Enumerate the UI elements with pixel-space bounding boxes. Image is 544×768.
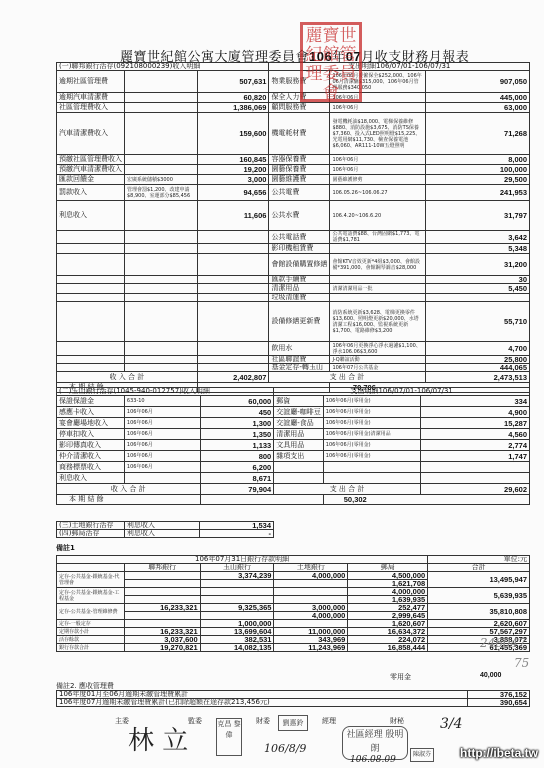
empty-cell — [57, 356, 125, 364]
bank-cell — [200, 580, 274, 588]
empty-cell — [125, 244, 198, 254]
income-item-label: 仲介清潔收入 — [57, 451, 125, 462]
table-row: 匯款回饋金宏廣系統儲積$30003,000園藝維護費園藝維護修剪29,500 — [57, 175, 530, 185]
expense-item-label — [274, 462, 324, 473]
expense-item-note: 106年06月(零用金) — [323, 418, 420, 429]
income-item-note: 106年06月 — [124, 451, 200, 462]
expense-item-amount: 907,050 — [425, 71, 530, 93]
income-item-amount: 507,631 — [197, 71, 269, 93]
income-item-note — [124, 473, 200, 484]
bank-cell: 2,620,607 — [428, 620, 530, 628]
income-item-amount: 8,671 — [200, 473, 274, 484]
bank-deposit-table: 106年07月31日銀行存款明細單位:元聯邦銀行玉山銀行土地銀行郵局合計定存-公… — [56, 555, 530, 652]
expense-item-amount: 8,000 — [425, 155, 530, 165]
expense-item-label: 機電耗材費 — [269, 113, 330, 155]
table-row: 逾期社區管理費507,631物業服務費106年06月委僱保全$252,000、1… — [57, 71, 530, 93]
income-item-note: 106年06月 — [124, 418, 200, 429]
empty-cell — [125, 276, 198, 284]
empty-cell — [197, 276, 269, 284]
empty-cell — [57, 244, 125, 254]
income-item-label: 預繳社區管理費收入 — [57, 155, 125, 165]
expense-item-label: 交誼廳-食品 — [274, 418, 324, 429]
bank-cell: 1,000,000 — [200, 620, 274, 628]
empty-cell — [197, 302, 269, 342]
table-row: 感應卡收入106年06月450交誼廳-咖啡豆106年06月(零用金)4,900 — [57, 407, 530, 418]
expense-header: 支出明細106/07/01-106/07/31 — [274, 388, 530, 396]
table-row: (四)郵局活存利息收入- — [57, 530, 274, 538]
row-label: 定存-公共基金-管理維修費 — [57, 604, 125, 620]
bank-cell: 343,969 — [274, 636, 348, 644]
empty-cell — [197, 342, 269, 356]
bank-cell: 11,243,969 — [274, 644, 348, 652]
bank-cell: 16,233,321 — [124, 604, 200, 612]
empty-cell — [57, 342, 125, 356]
expense-item-amount: 71,268 — [425, 113, 530, 155]
row-label: 銀行存款合計 — [57, 644, 125, 652]
row-label: 定存-公共基金-銀統基金-代管理會 — [57, 572, 125, 588]
red-official-stamp: 麗寶世紀館管理委員會 — [300, 22, 362, 102]
empty-cell — [57, 254, 125, 276]
bank-cell: 382,531 — [200, 636, 274, 644]
income-item-amount: 450 — [200, 407, 274, 418]
signing-date: 106/8/9 — [264, 742, 306, 755]
account-label: (四)郵局活存 — [57, 530, 125, 538]
income-item-note — [125, 155, 198, 165]
row-label: 定期存款小計 — [57, 628, 125, 636]
bank-cell: 4,000,000 — [348, 588, 428, 596]
empty-cell — [57, 302, 125, 342]
empty-cell — [197, 231, 269, 244]
table-row: 影印傳真收入106年06月1,133文具用品106年06月(零用金)2,774 — [57, 440, 530, 451]
bank-cell: 4,000,000 — [274, 612, 348, 620]
bank-cell: 11,000,000 — [274, 628, 348, 636]
income-item-label: 保證保證金 — [57, 396, 125, 407]
income-item-label: 利息收入 — [57, 201, 125, 231]
income-item-label: 逾期汽車清潔費 — [57, 93, 125, 103]
bank-cell: 1,639,935 — [348, 596, 428, 604]
table-row: 商務標票收入106年06月6,200 — [57, 462, 530, 473]
receivable-amount: 390,654 — [468, 699, 530, 707]
table-row: 活存餘款3,037,600382,531343,969224,0723,888,… — [57, 636, 530, 644]
bank-cell: 3,000,000 — [274, 604, 348, 612]
income-item-label: 感應卡收入 — [57, 407, 125, 418]
income-item-note — [125, 201, 198, 231]
bank-cell — [200, 588, 274, 596]
expense-item-amount: 100,000 — [425, 165, 530, 175]
table-row: 設備修繕更新費消防系統更新$3,628、電梯更換零件$13,600、照明燈更新$… — [57, 302, 530, 342]
income-item-note — [125, 113, 198, 155]
bank-cell: 13,495,947 — [428, 572, 530, 588]
expense-item-amount: 29,500 — [425, 175, 530, 185]
bank-cell: 16,858,444 — [348, 644, 428, 652]
income-item-amount: 1,133 — [200, 440, 274, 451]
balance-amount: 50,302 — [323, 495, 529, 505]
expense-item-note: 106年06月 — [330, 165, 425, 175]
column-header: 聯邦銀行 — [124, 564, 200, 572]
income-item-note — [125, 93, 198, 103]
table-row: 定存-公共基金-銀統基金-代管理會3,374,2394,000,0004,500… — [57, 572, 530, 580]
expense-item-amount: 5,348 — [425, 244, 530, 254]
accountant-signature: 3/4 — [440, 716, 463, 732]
bank-cell: 16,634,372 — [348, 628, 428, 636]
expense-total: 2,473,513 — [425, 372, 530, 383]
expense-item-amount: 1,747 — [420, 451, 529, 462]
table-row: 保證保證金633-1060,000郵資106年06月(零用金)334 — [57, 396, 530, 407]
income-item-note: 管理會罰$1,200、改建申請$8,900、室運部分$85,456 — [125, 185, 198, 201]
expense-item-amount: 31,200 — [425, 254, 530, 276]
section3-table: (三)土地銀行活存利息收入1,534(四)郵局活存利息收入- — [56, 521, 274, 538]
bank-cell — [124, 572, 200, 580]
bank-cell — [124, 596, 200, 604]
table-row: (三)土地銀行活存利息收入1,534 — [57, 522, 274, 530]
table-row: 定存-一般定存1,000,0001,620,6072,620,607 — [57, 620, 530, 628]
table-row: 飲用水106年06月更換淨心淨水過濾$1,100、淨水106.06$3,6004… — [57, 342, 530, 356]
bank-cell: 3,374,239 — [200, 572, 274, 580]
table-row: 銀行存款合計19,270,82114,082,13511,243,96916,8… — [57, 644, 530, 652]
expense-item-note: 清潔清潔用品一批 — [330, 284, 425, 294]
income-header: (一)聯邦銀行活存(092108000239)收入明細 — [57, 63, 269, 71]
bank-cell: 9,325,365 — [200, 604, 274, 612]
empty-cell — [125, 364, 198, 372]
table-row: 社區管理費收入1,386,069顧問服務費106年06月63,000 — [57, 103, 530, 113]
expense-item-note: 106年06月(零用金) — [323, 396, 420, 407]
expense-item-label: 雜項支出 — [274, 451, 324, 462]
bank-cell: 13,699,604 — [200, 628, 274, 636]
margin-note-2: 75 — [514, 656, 529, 670]
expense-item-amount: 4,700 — [425, 342, 530, 356]
bank-cell — [274, 596, 348, 604]
empty-cell — [197, 244, 269, 254]
expense-item-label: 社區聯誼費 — [269, 356, 330, 364]
expense-item-note — [330, 294, 425, 302]
expense-item-amount: 241,953 — [425, 185, 530, 201]
chair-label: 主委 — [115, 716, 129, 726]
expense-item-label: 顧問服務費 — [269, 103, 330, 113]
expense-item-note — [330, 276, 425, 284]
expense-item-label: 公共水費 — [269, 201, 330, 231]
expense-item-label: 基金定存-轉玉山 — [269, 364, 330, 372]
receivable-amount: 376,152 — [468, 691, 530, 699]
expense-item-label: 公共電費 — [269, 185, 330, 201]
empty-cell — [125, 284, 198, 294]
income-item-label: 社區管理費收入 — [57, 103, 125, 113]
column-header: 郵局 — [348, 564, 428, 572]
bank-cell — [274, 620, 348, 628]
account-item: 利息收入 — [124, 530, 200, 538]
expense-item-note: 園藝維護修剪 — [330, 175, 425, 185]
bank-cell — [274, 580, 348, 588]
expense-item-label: 園藝保養費 — [269, 165, 330, 175]
chair-signature: 林 立 — [128, 720, 188, 757]
table-row: 基金定存-轉玉山106年07月公共基金444,065 — [57, 364, 530, 372]
small-seal: 陳淑芬 — [410, 748, 434, 762]
income-total: 2,402,807 — [197, 372, 269, 383]
expense-item-note: 消防系統更新$3,628、電梯更換零件$13,600、照明燈更新$20,000、… — [330, 302, 425, 342]
income-item-label: 商務標票收入 — [57, 462, 125, 473]
expense-item-note: 106年06月(零用金) — [323, 451, 420, 462]
income-item-label: 利息收入 — [57, 473, 125, 484]
expense-item-label: 公共電話費 — [269, 231, 330, 244]
expense-item-label: 清潔用品 — [269, 284, 330, 294]
expense-item-note: 106年06月 — [330, 103, 425, 113]
column-header: 合計 — [428, 564, 530, 572]
income-item-amount: 11,606 — [197, 201, 269, 231]
bank-cell: 16,233,321 — [124, 628, 200, 636]
expense-total-label: 支 出 合 計 — [269, 372, 425, 383]
income-item-amount: 1,386,069 — [197, 103, 269, 113]
expense-item-label — [274, 473, 324, 484]
empty-cell — [125, 356, 198, 364]
expense-item-label: 交誼廳-咖啡豆 — [274, 407, 324, 418]
income-item-amount: 160,845 — [197, 155, 269, 165]
petty-cash-label: 零用金 — [390, 672, 411, 682]
account-amount: 1,534 — [200, 522, 274, 530]
table-row: 垃圾清運費 — [57, 294, 530, 302]
income-item-label: 罰款收入 — [57, 185, 125, 201]
income-item-amount: 60,820 — [197, 93, 269, 103]
income-item-amount: 159,600 — [197, 113, 269, 155]
expense-item-amount: 25,800 — [425, 356, 530, 364]
expense-item-amount: 55,710 — [425, 302, 530, 342]
financial-report-page: 麗寶世紀館公寓大廈管理委員會106年07月收支財務月報表 (一)聯邦銀行活存(0… — [0, 0, 544, 768]
income-item-note: 106年06月 — [124, 407, 200, 418]
expense-item-note: 106年06月(零用金) — [323, 440, 420, 451]
balance-label: 本 期 結 餘 — [57, 495, 201, 505]
expense-item-note — [323, 473, 420, 484]
empty-cell — [57, 284, 125, 294]
table-row: 罰款收入管理會罰$1,200、改建申請$8,900、室運部分$85,45694,… — [57, 185, 530, 201]
empty-cell — [57, 231, 125, 244]
bank-cell: 224,072 — [348, 636, 428, 644]
income-header: (二)玉山銀行活存(1045-940-012757)收入明細 — [57, 388, 274, 396]
expense-item-label: 園藝維護費 — [269, 175, 330, 185]
expense-item-amount: 3,642 — [425, 231, 530, 244]
income-item-note: 宏廣系統儲積$3000 — [125, 175, 198, 185]
income-item-label: 逾期社區管理費 — [57, 71, 125, 93]
expense-item-note: 公共電話費$88、台灣固網$1,773、電話費$1,781 — [330, 231, 425, 244]
table-row: 宴會廳場地收入106年06月1,300交誼廳-食品106年06月(零用金)15,… — [57, 418, 530, 429]
table-row: 影印機租賃費5,348 — [57, 244, 530, 254]
empty-cell — [125, 254, 198, 276]
expense-item-label: 匯款手續費 — [269, 276, 330, 284]
bank-cell — [124, 580, 200, 588]
income-item-amount: 60,000 — [200, 396, 274, 407]
expense-item-note: 106年06月(零用金) — [323, 407, 420, 418]
expense-item-amount — [420, 462, 529, 473]
bank-cell: 1,620,607 — [348, 620, 428, 628]
table-row: 預繳汽車清潔費收入19,200園藝保養費106年06月100,000 — [57, 165, 530, 175]
expense-item-label: 影印機租賃費 — [269, 244, 330, 254]
expense-item-label: 清潔用品 — [274, 429, 324, 440]
empty-cell — [197, 356, 269, 364]
table-row: 仲介清潔收入106年06月800雜項支出106年06月(零用金)1,747 — [57, 451, 530, 462]
expense-item-amount: 445,000 — [425, 93, 530, 103]
expense-item-note: 106年06月 — [330, 155, 425, 165]
expense-item-note: 106年06月(零用金)清潔用品 — [323, 429, 420, 440]
receivable-label: 106年度07月逾期未繳管理費累計(已扣除超額在途存款213,456元) — [57, 699, 468, 707]
expense-total: 29,602 — [420, 484, 529, 495]
bank-cell — [200, 612, 274, 620]
income-item-amount: 1,350 — [200, 429, 274, 440]
table-row: 利息收入11,606公共水費106.4.20~106.6.2031,797 — [57, 201, 530, 231]
expense-item-note — [330, 244, 425, 254]
column-header — [57, 564, 125, 572]
empty-cell — [57, 276, 125, 284]
table-row: 預繳社區管理費收入160,845容器保養費106年06月8,000 — [57, 155, 530, 165]
bank-cell: 3,037,600 — [124, 636, 200, 644]
table-row: 定存-公共基金-銀統基金-工程基金4,000,0005,639,935 — [57, 588, 530, 596]
expense-item-note: 106.4.20~106.6.20 — [330, 201, 425, 231]
income-item-label: 宴會廳場地收入 — [57, 418, 125, 429]
expense-item-amount: 31,797 — [425, 201, 530, 231]
bank-cell: 4,000,000 — [274, 572, 348, 580]
expense-item-amount: 63,000 — [425, 103, 530, 113]
section2-table: (二)玉山銀行活存(1045-940-012757)收入明細支出明細106/07… — [56, 387, 530, 505]
expense-item-note: 106年06月更換淨心淨水過濾$1,100、淨水106.06$3,600 — [330, 342, 425, 356]
expense-item-note: J-Q聯誼活動 — [330, 356, 425, 364]
expense-item-label: 會館設備購置修繕 — [269, 254, 330, 276]
income-item-label: 停車扣收入 — [57, 429, 125, 440]
table-row: 匯款手續費30 — [57, 276, 530, 284]
expense-item-amount: 444,065 — [425, 364, 530, 372]
expense-item-amount: 15,287 — [420, 418, 529, 429]
income-item-amount: 800 — [200, 451, 274, 462]
note1-label: 備註1 — [56, 543, 75, 553]
empty-cell — [57, 294, 125, 302]
income-total-label: 收 入 合 計 — [57, 372, 198, 383]
bank-cell: 5,639,935 — [428, 588, 530, 604]
bank-cell: 14,082,135 — [200, 644, 274, 652]
bank-cell: 35,810,808 — [428, 604, 530, 620]
column-header: 土地銀行 — [274, 564, 348, 572]
expense-item-amount: 4,560 — [420, 429, 529, 440]
income-item-note: 633-10 — [124, 396, 200, 407]
income-item-amount: 94,656 — [197, 185, 269, 201]
expense-item-amount: 4,900 — [420, 407, 529, 418]
supervisor-label: 監委 — [188, 716, 202, 726]
margin-note: 246047 — [480, 636, 526, 650]
receivable-label: 106年度01月至06月逾期未繳管理費累計 — [57, 691, 468, 699]
income-item-label: 預繳汽車清潔費收入 — [57, 165, 125, 175]
expense-item-label: 飲用水 — [269, 342, 330, 356]
bank-cell: 2,999,645 — [348, 612, 428, 620]
table-row: 利息收入8,671 — [57, 473, 530, 484]
income-item-note: 106年06月 — [124, 429, 200, 440]
income-total-label: 收 入 合 計 — [57, 484, 201, 495]
table-row: 逾期汽車清潔費60,820保全人力費106年06月445,000 — [57, 93, 530, 103]
empty-cell — [125, 302, 198, 342]
receivables-table: 106年度01月至06月逾期未繳管理費累計376,152106年度07月逾期未繳… — [56, 690, 530, 707]
bank-cell: 19,270,821 — [124, 644, 200, 652]
income-item-note — [125, 165, 198, 175]
expense-item-note: 發電機耗油$18,000、電梯保養維修$880、消防設施$3,675、消防TS保… — [330, 113, 425, 155]
income-item-label: 影印傳真收入 — [57, 440, 125, 451]
income-item-note — [125, 71, 198, 93]
column-header: 玉山銀行 — [200, 564, 274, 572]
table-row: 106年度01月至06月逾期未繳管理費累計376,152 — [57, 691, 530, 699]
row-label: 定存-公共基金-銀統基金-工程基金 — [57, 588, 125, 604]
empty-cell — [197, 284, 269, 294]
watermark: http://ibeta.tw — [460, 746, 538, 760]
finance-label: 財委 — [256, 716, 270, 726]
expense-item-label: 設備修繕更新費 — [269, 302, 330, 342]
table-row: 汽車清潔費收入159,600機電耗材費發電機耗油$18,000、電梯保養維修$8… — [57, 113, 530, 155]
manager-date: 106.08.09 — [350, 755, 396, 765]
bank-cell: 252,477 — [348, 604, 428, 612]
unit-label: 單位:元 — [428, 556, 530, 564]
empty-cell — [197, 294, 269, 302]
expense-item-label: 文具用品 — [274, 440, 324, 451]
supervisor-seal: 克昌 黎偉 — [216, 718, 242, 756]
income-item-amount: 19,200 — [197, 165, 269, 175]
empty-cell — [197, 254, 269, 276]
table-row: 106年度07月逾期未繳管理費累計(已扣除超額在途存款213,456元)390,… — [57, 699, 530, 707]
empty-cell — [125, 342, 198, 356]
income-item-note: 106年06月 — [124, 462, 200, 473]
finance-seal: 劉惠鈴 — [278, 715, 308, 731]
expense-item-amount — [420, 473, 529, 484]
table-row: 會館設備購置修繕會館KTV音效更新*4組$3,000、會館設備*391,000、… — [57, 254, 530, 276]
income-item-label: 汽車清潔費收入 — [57, 113, 125, 155]
bank-cell — [124, 620, 200, 628]
manager-label: 經理 — [322, 716, 336, 726]
account-label: (三)土地銀行活存 — [57, 522, 125, 530]
expense-item-amount — [425, 294, 530, 302]
petty-cash-amount: 40,000 — [480, 672, 501, 679]
bank-cell — [274, 588, 348, 596]
expense-item-note: 106.05.26~106.06.27 — [330, 185, 425, 201]
expense-item-note: 106年07月公共基金 — [330, 364, 425, 372]
expense-item-amount: 334 — [420, 396, 529, 407]
income-total: 79,904 — [200, 484, 274, 495]
bank-cell: 1,621,708 — [348, 580, 428, 588]
bank-cell: 57,567,297 — [428, 628, 530, 636]
bank-cell — [124, 588, 200, 596]
bank-cell: 4,500,000 — [348, 572, 428, 580]
bank-cell — [124, 612, 200, 620]
account-item: 利息收入 — [124, 522, 200, 530]
expense-item-amount: 5,450 — [425, 284, 530, 294]
expense-item-label: 容器保養費 — [269, 155, 330, 165]
expense-item-amount: 30 — [425, 276, 530, 284]
income-item-label: 匯款回饋金 — [57, 175, 125, 185]
table-row: 定期存款小計16,233,32113,699,60411,000,00016,6… — [57, 628, 530, 636]
income-item-amount: 3,000 — [197, 175, 269, 185]
accountant-label: 財秘 — [390, 716, 404, 726]
table-row: 清潔用品清潔清潔用品一批5,450 — [57, 284, 530, 294]
expense-item-note — [323, 462, 420, 473]
expense-item-note: 會館KTV音效更新*4組$3,000、會館設備*391,000、會館鋼琴調音$2… — [330, 254, 425, 276]
income-item-note: 106年06月 — [124, 440, 200, 451]
empty-cell — [197, 364, 269, 372]
empty-cell — [125, 294, 198, 302]
table-row: 社區聯誼費J-Q聯誼活動25,800 — [57, 356, 530, 364]
empty-cell — [57, 364, 125, 372]
expense-item-amount: 2,774 — [420, 440, 529, 451]
bank-table-title: 106年07月31日銀行存款明細 — [57, 556, 428, 564]
row-label: 活存餘款 — [57, 636, 125, 644]
income-item-amount: 6,200 — [200, 462, 274, 473]
expense-item-label: 垃圾清運費 — [269, 294, 330, 302]
income-item-note — [125, 103, 198, 113]
account-amount: - — [200, 530, 274, 538]
bank-cell — [200, 596, 274, 604]
empty-cell — [200, 495, 323, 505]
income-item-amount: 1,300 — [200, 418, 274, 429]
table-row: 停車扣收入106年06月1,350清潔用品106年06月(零用金)清潔用品4,5… — [57, 429, 530, 440]
row-label: 定存-一般定存 — [57, 620, 125, 628]
expense-total-label: 支 出 合 計 — [274, 484, 421, 495]
